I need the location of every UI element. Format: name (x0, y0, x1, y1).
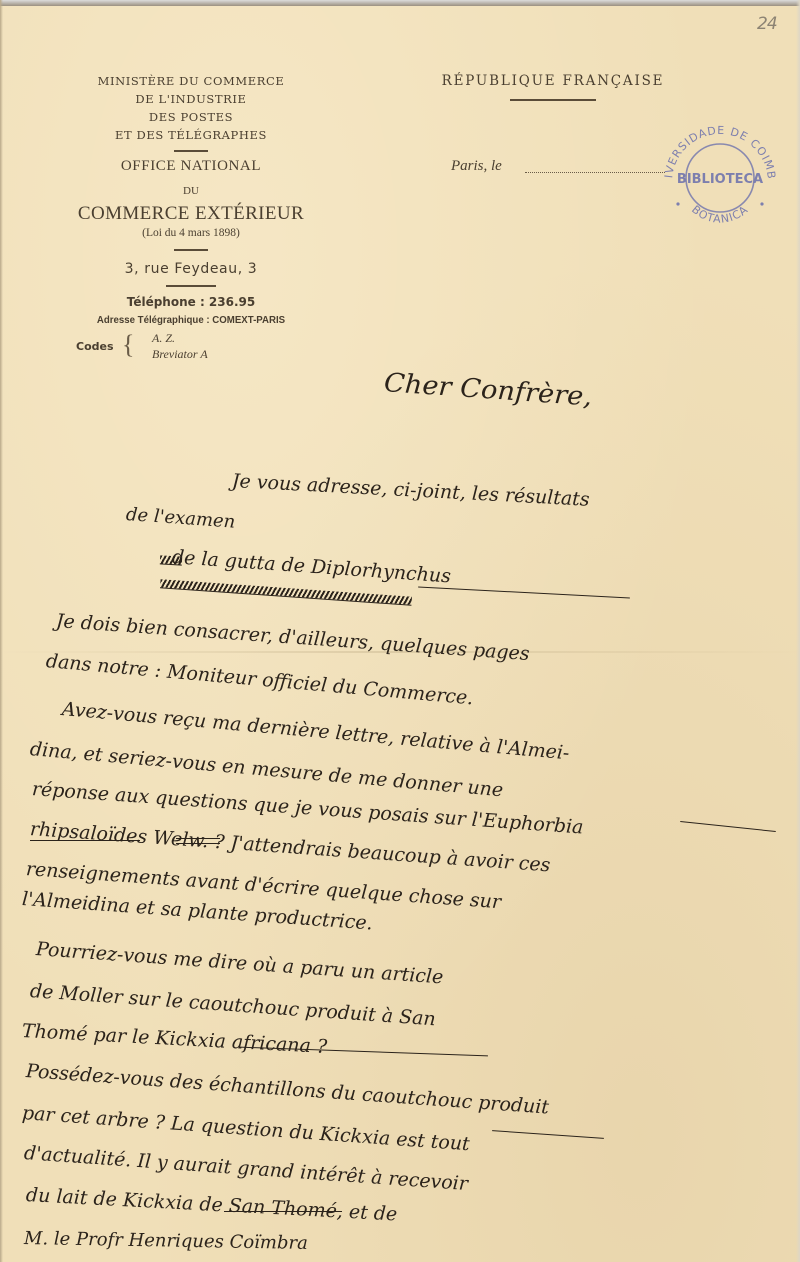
republic-heading: RÉPUBLIQUE FRANÇAISE (392, 73, 714, 107)
scan-top-edge (0, 0, 800, 6)
letter-line: du lait de Kickxia de San Thomé, et de (25, 1184, 397, 1225)
struck-text (160, 579, 412, 606)
divider (174, 249, 208, 251)
divider (510, 99, 596, 101)
letterhead-ministry-block: MINISTÈRE DU COMMERCE DE L'INDUSTRIE DES… (60, 72, 322, 364)
brace-icon: { (122, 330, 134, 360)
underline-kickxia (224, 1211, 342, 1212)
founding-law: (Loi du 4 mars 1898) (60, 227, 322, 239)
codes-label: Codes (76, 340, 114, 353)
svg-text:UNIVERSIDADE DE COIMBRA: UNIVERSIDADE DE COIMBRA (650, 112, 778, 180)
office-du: DU (60, 185, 322, 197)
salutation: Cher Confrère, (383, 368, 593, 412)
date-dotted-line (525, 172, 665, 173)
street-address: 3, rue Feydeau, 3 (60, 261, 322, 277)
divider (166, 285, 216, 287)
stamp-icon: UNIVERSIDADE DE COIMBRA BIBLIOTECA BOTAN… (650, 112, 790, 242)
codes-values: A. Z. Breviator A (152, 330, 208, 362)
archive-number: 24 (757, 14, 777, 34)
ministry-name: MINISTÈRE DU COMMERCE DE L'INDUSTRIE DES… (60, 72, 322, 144)
office-commerce: COMMERCE EXTÉRIEUR (60, 203, 322, 225)
letter-page: 24 MINISTÈRE DU COMMERCE DE L'INDUSTRIE … (0, 0, 800, 1262)
letter-line: Thomé par le Kickxia africana ? (21, 1020, 327, 1058)
letter-line: dans notre : Moniteur officiel du Commer… (45, 650, 474, 709)
letter-line: de l'examen (125, 504, 236, 533)
telephone: Téléphone : 236.95 (60, 295, 322, 309)
underline-kickxia (492, 1130, 604, 1139)
addressee: M. le Profr Henriques Coïmbra (24, 1228, 308, 1254)
scan-left-edge (0, 0, 3, 1262)
codes-block: Codes { A. Z. Breviator A (60, 330, 322, 364)
svg-text:BOTANICA: BOTANICA (689, 203, 751, 226)
double-underline-welw (176, 838, 220, 844)
telegraph-address: Adresse Télégraphique : COMEXT-PARIS (70, 314, 311, 326)
struck-text (160, 555, 182, 565)
svg-text:BIBLIOTECA: BIBLIOTECA (677, 172, 763, 187)
date-line-prefix: Paris, le (451, 158, 502, 175)
underline-diplorhynchus (418, 586, 630, 598)
underline-rhipsaloides (30, 840, 140, 841)
letter-line: Pourriez-vous me dire où a paru un artic… (35, 938, 444, 988)
library-stamp: UNIVERSIDADE DE COIMBRA BIBLIOTECA BOTAN… (650, 112, 790, 242)
letter-line: de la gutta de Diplorhynchus (171, 546, 451, 587)
scan-right-edge (796, 0, 800, 1262)
letter-line: Je vous adresse, ci-joint, les résultats (231, 470, 590, 511)
underline-euphorbia (680, 821, 776, 832)
office-name: OFFICE NATIONAL (60, 158, 322, 175)
divider (174, 150, 208, 152)
